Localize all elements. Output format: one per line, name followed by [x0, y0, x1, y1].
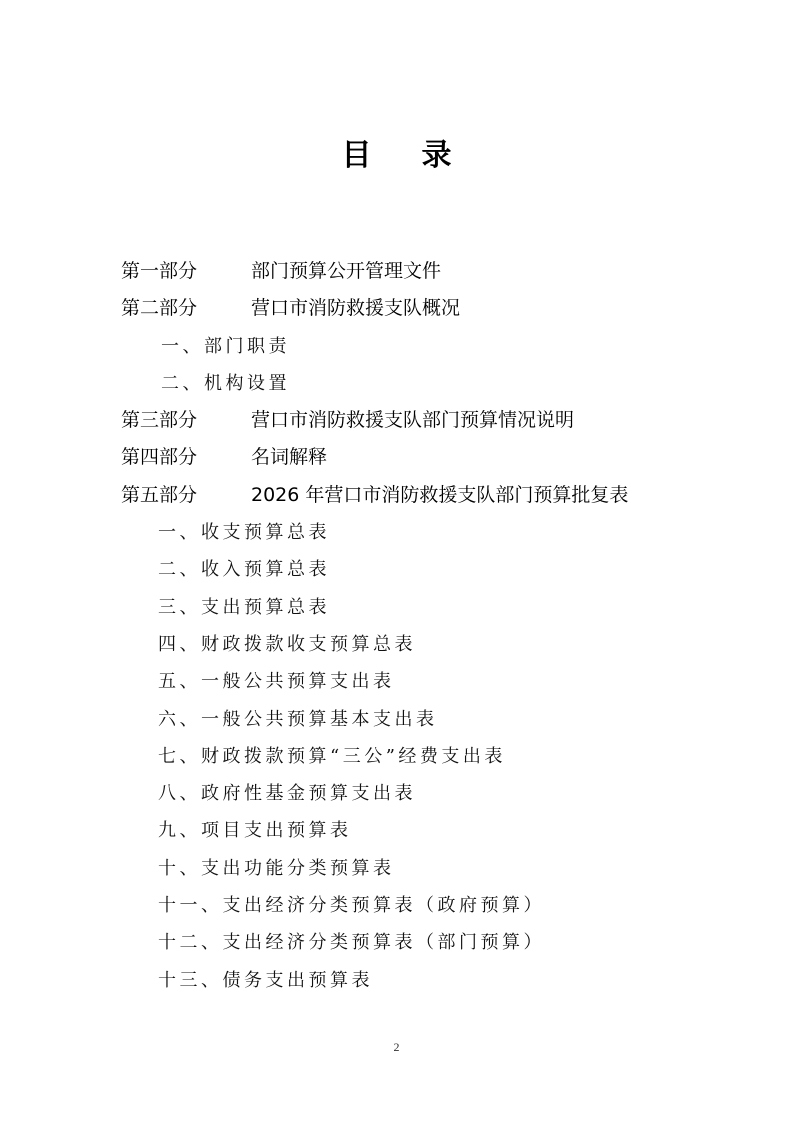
page-title-char-2: 录 — [422, 138, 452, 173]
toc-subitem[interactable]: 十二、支出经济分类预算表（部门预算） — [121, 924, 721, 961]
toc-part-2[interactable]: 第二部分 营口市消防救援支队概况 — [121, 290, 721, 327]
toc-part-5[interactable]: 第五部分 2026 年营口市消防救援支队部门预算批复表 — [121, 477, 721, 514]
part-label: 第四部分 — [121, 439, 197, 476]
toc-subitem[interactable]: 一、收支预算总表 — [121, 514, 721, 551]
toc-subitem[interactable]: 六、一般公共预算基本支出表 — [121, 701, 721, 738]
toc-subitem[interactable]: 十一、支出经济分类预算表（政府预算） — [121, 887, 721, 924]
page-title: 目录 — [0, 136, 793, 176]
toc-subitem[interactable]: 八、政府性基金预算支出表 — [121, 775, 721, 812]
part-title: 营口市消防救援支队概况 — [251, 290, 460, 327]
part-label: 第一部分 — [121, 253, 197, 290]
toc-subitem[interactable]: 十三、债务支出预算表 — [121, 962, 721, 999]
toc-subitem[interactable]: 二、收入预算总表 — [121, 551, 721, 588]
toc-subitem[interactable]: 五、一般公共预算支出表 — [121, 663, 721, 700]
part-label: 第三部分 — [121, 402, 197, 439]
toc-subitem[interactable]: 九、项目支出预算表 — [121, 812, 721, 849]
toc-part-3[interactable]: 第三部分 营口市消防救援支队部门预算情况说明 — [121, 402, 721, 439]
toc-subitem[interactable]: 三、支出预算总表 — [121, 589, 721, 626]
part-label: 第二部分 — [121, 290, 197, 327]
page-number: 2 — [0, 1040, 793, 1055]
part-title: 名词解释 — [251, 439, 327, 476]
part-title: 部门预算公开管理文件 — [251, 253, 441, 290]
toc-subitem[interactable]: 二、机构设置 — [121, 365, 721, 402]
page-title-char-1: 目 — [342, 138, 372, 173]
toc-subitem[interactable]: 十、支出功能分类预算表 — [121, 850, 721, 887]
part-title: 2026 年营口市消防救援支队部门预算批复表 — [251, 477, 628, 514]
toc-subitem[interactable]: 四、财政拨款收支预算总表 — [121, 626, 721, 663]
part-title: 营口市消防救援支队部门预算情况说明 — [251, 402, 574, 439]
table-of-contents: 第一部分 部门预算公开管理文件 第二部分 营口市消防救援支队概况 一、部门职责 … — [121, 253, 721, 999]
part-label: 第五部分 — [121, 477, 197, 514]
toc-subitem[interactable]: 一、部门职责 — [121, 328, 721, 365]
toc-subitem[interactable]: 七、财政拨款预算“三公”经费支出表 — [121, 738, 721, 775]
toc-part-4[interactable]: 第四部分 名词解释 — [121, 439, 721, 476]
toc-part-1[interactable]: 第一部分 部门预算公开管理文件 — [121, 253, 721, 290]
